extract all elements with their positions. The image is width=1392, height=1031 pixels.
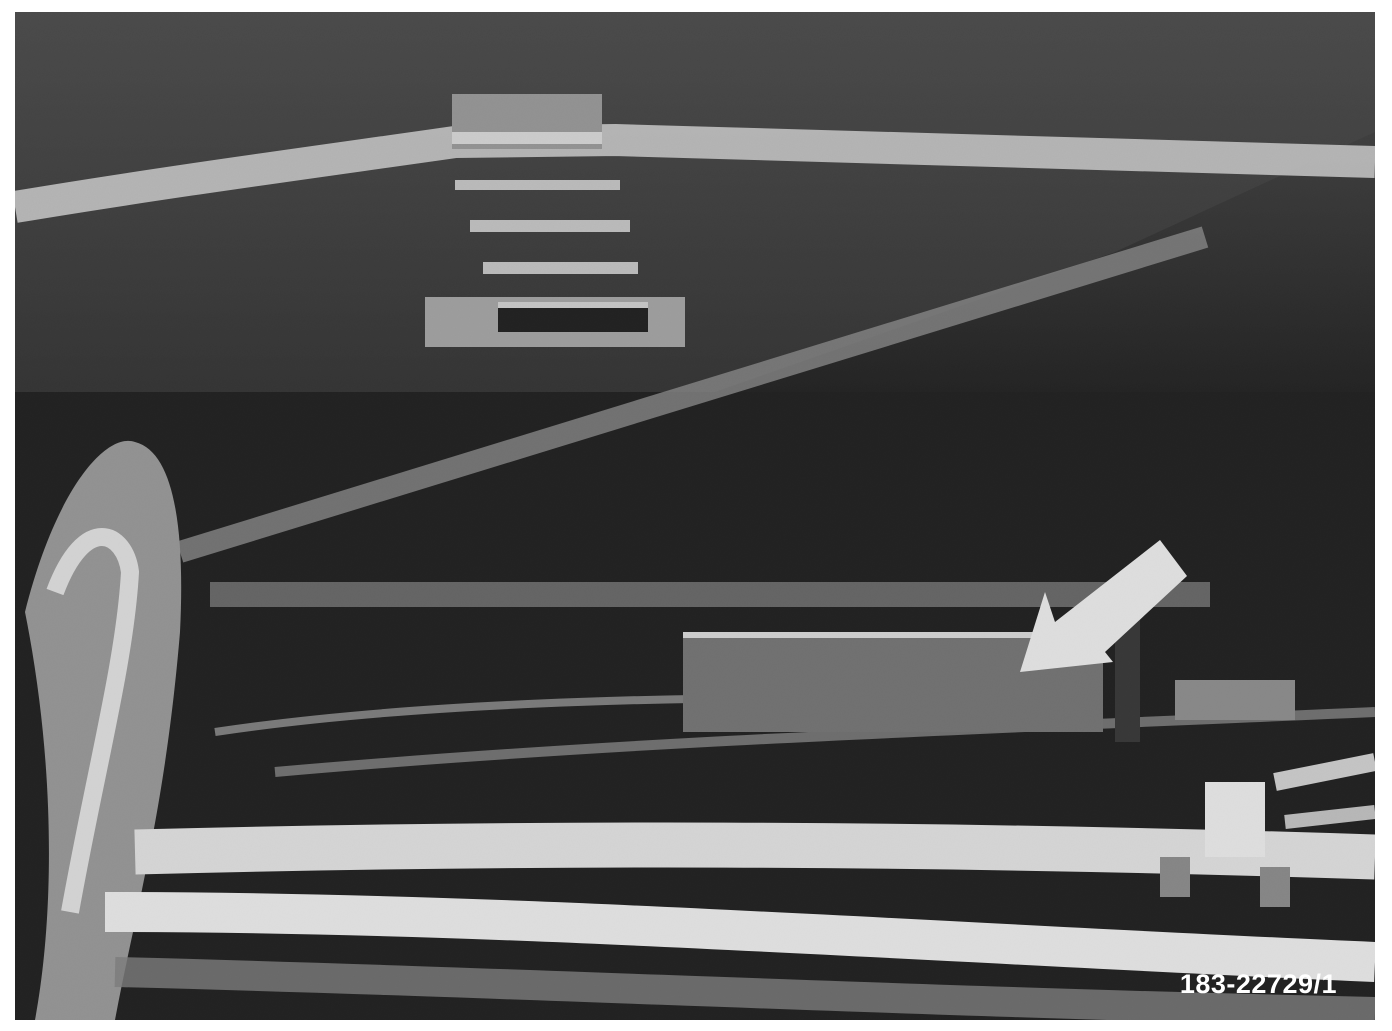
photo-illustration (15, 12, 1375, 1020)
figure-code-label: 183-22729/1 (1180, 969, 1337, 1000)
service-photo: 183-22729/1 (15, 12, 1375, 1020)
